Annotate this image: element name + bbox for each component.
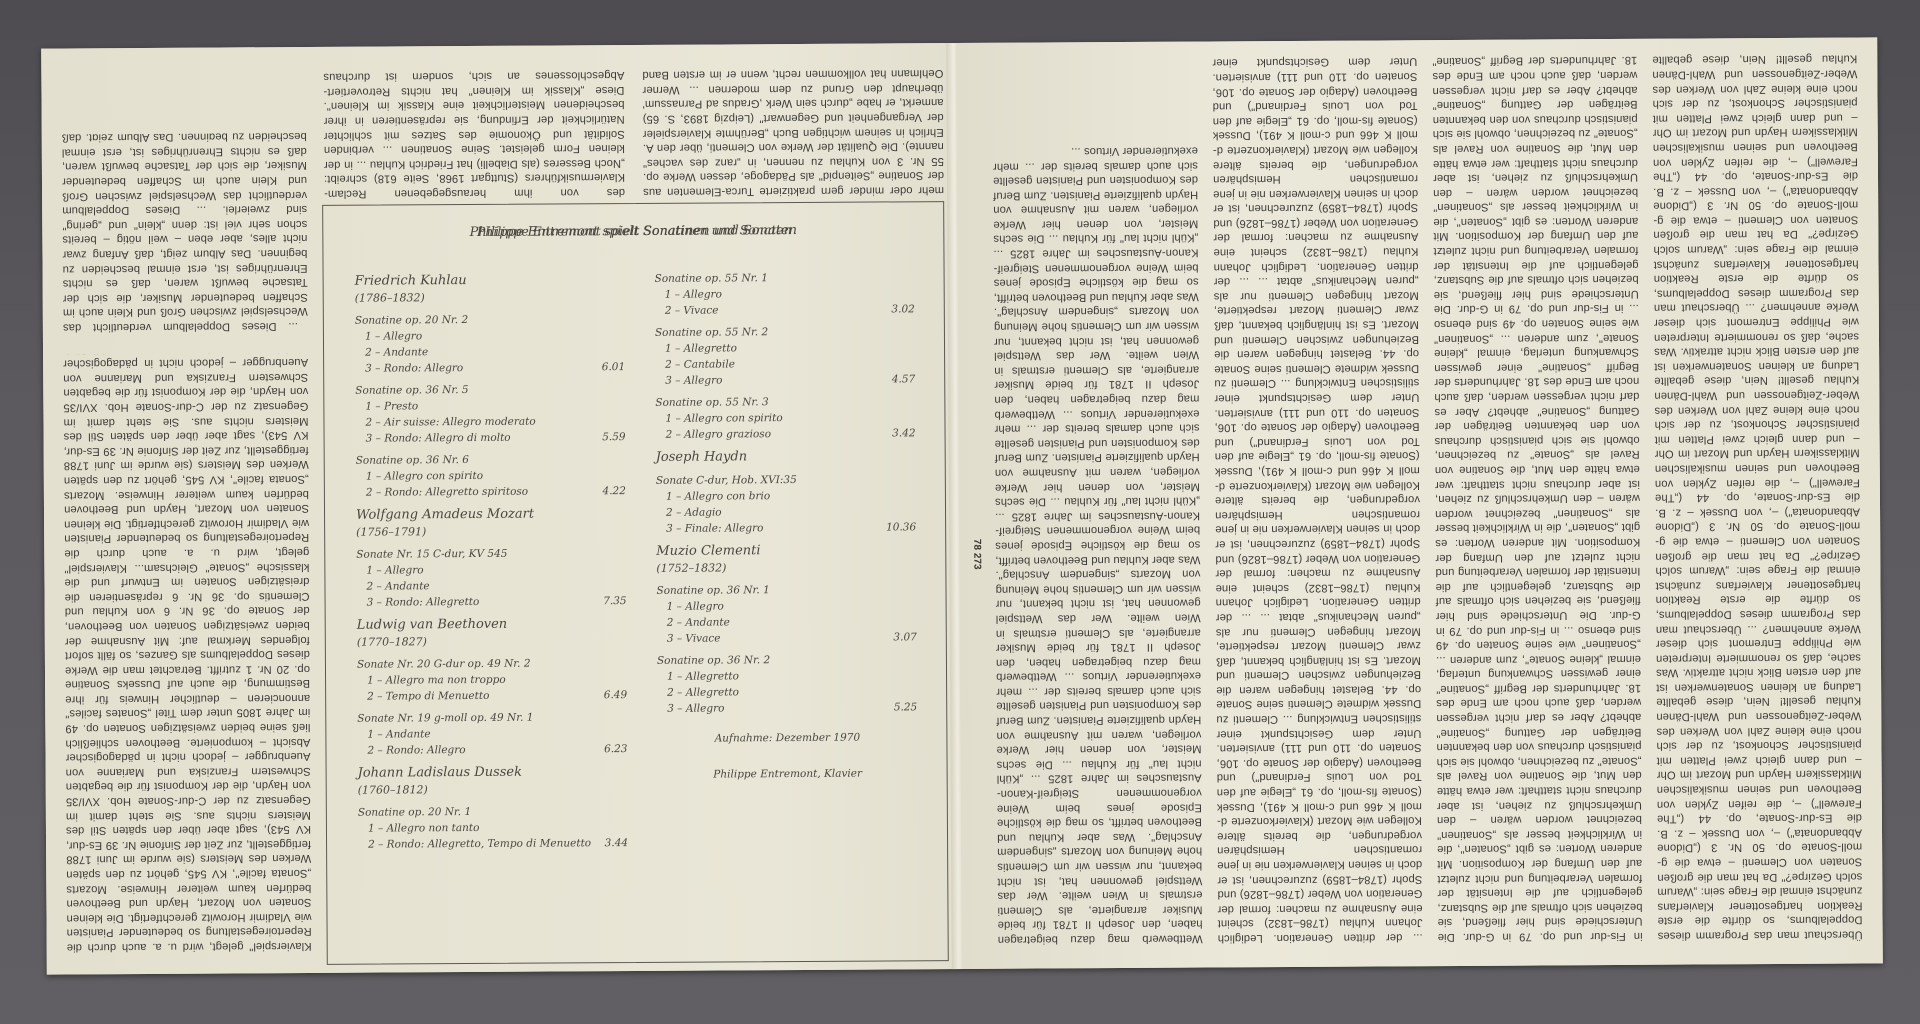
text-column-4: Wettbewerb mag dazu beigetragen haben, d…: [992, 56, 1202, 947]
duration: 5.25: [894, 699, 917, 715]
duration: 4.22: [602, 483, 625, 499]
movement: 1 – Allegro: [657, 597, 917, 615]
tracklist-content: Philippe Entremont spielt Sonatinen und …: [324, 203, 949, 965]
movement: 1 – Allegro con spirito: [655, 409, 915, 427]
recording-note: Aufnahme: Dezember 1970: [657, 729, 917, 747]
text-column-2: in Fis-dur und op. 79 in G-dur. Die Unte…: [1432, 53, 1642, 944]
duration: 3.42: [892, 425, 915, 441]
catalog-number: 78 273: [971, 539, 982, 570]
movement: 2 – Adagio: [656, 503, 916, 521]
duration: 10.36: [886, 519, 916, 535]
movement: 2 – Andante: [355, 343, 625, 361]
composer-name: Muzio Clementi: [656, 541, 916, 561]
work-title: Sonatine op. 36 Nr. 6: [356, 451, 626, 469]
movement: 3 – Finale: Allegro10.36: [656, 519, 916, 537]
work-title: Sonate Nr. 15 C-dur, KV 545: [356, 545, 626, 563]
work-title: Sonate Nr. 20 G-dur op. 49 Nr. 2: [357, 655, 627, 673]
work-title: Sonatine op. 55 Nr. 2: [655, 323, 915, 341]
duration: 3.44: [605, 835, 628, 851]
movement: 1 – Allegro ma non troppo: [357, 671, 627, 689]
movement: 1 – Allegretto: [655, 339, 915, 357]
movement: 1 – Allegretto: [657, 667, 917, 685]
movement: 2 – Allegretto: [657, 683, 917, 701]
work-title: Sonatine op. 36 Nr. 5: [355, 381, 625, 399]
composer-name: Friedrich Kuhlau: [355, 271, 625, 291]
composer-dates: (1752–1832): [656, 559, 916, 577]
movement: 2 – Rondo: Allegretto, Tempo di Menuetto…: [358, 835, 628, 853]
left-page-content-upside-down: Philippe Entremont spielt Sonatinen und …: [41, 43, 957, 975]
duration: 3.02: [891, 301, 914, 317]
pianist-credit: Philippe Entremont, Klavier: [658, 765, 918, 783]
text-column-narrow-end: ... Dieses Doppelalbum verdeutlicht das …: [62, 133, 308, 334]
paragraph: Wettbewerb mag dazu beigetragen haben, d…: [993, 143, 1203, 947]
movement: 3 – Allegro5.25: [657, 699, 917, 717]
movement: 2 – Andante: [657, 613, 917, 631]
movement: 2 – Vivace3.02: [655, 301, 915, 319]
movement: 3 – Vivace3.07: [657, 629, 917, 647]
duration: 6.01: [602, 359, 625, 375]
work-title: Sonatine op. 36 Nr. 2: [657, 651, 917, 669]
tracklist-column-2: Sonatine op. 55 Nr. 1 1 – Allegro 2 – Vi…: [655, 263, 918, 783]
movement: 2 – Rondo: Allegretto spiritoso4.22: [356, 483, 626, 501]
record-gatefold: Philippe Entremont spielt Sonatinen und …: [41, 37, 1883, 974]
paragraph: in Fis-dur und op. 79 in G-dur. Die Unte…: [1432, 53, 1642, 944]
movement: 3 – Rondo: Allegro6.01: [355, 359, 625, 377]
movement: 1 – Allegro con spirito: [356, 467, 626, 485]
text-column-narrow: Klavierspiel" gelegt, wird u. a. auch du…: [63, 353, 312, 954]
paragraph: ... der dritten Generation. Lediglich Jo…: [1212, 54, 1422, 945]
duration: 6.23: [604, 741, 627, 757]
movement: 2 – Tempo di Menuetto6.49: [357, 687, 627, 705]
paragraph: mehr oder minder gern praktizierte Turca…: [323, 57, 944, 201]
duration: 4.57: [892, 371, 915, 387]
duration: 7.35: [603, 593, 626, 609]
work-title: Sonatine op. 55 Nr. 3: [655, 393, 915, 411]
work-title: Sonatine op. 20 Nr. 2: [355, 311, 625, 329]
work-title: Sonatine op. 55 Nr. 1: [655, 269, 915, 287]
composer-dates: (1770–1827): [357, 633, 627, 651]
movement: 1 – Allegro con brio: [656, 487, 916, 505]
movement: 2 – Air suisse: Allegro moderato: [355, 413, 625, 431]
movement: 2 – Andante: [356, 577, 626, 595]
work-title: Sonatine op. 20 Nr. 1: [358, 803, 628, 821]
composer-name: Joseph Haydn: [656, 447, 916, 467]
text-column-wide: mehr oder minder gern praktizierte Turca…: [323, 57, 944, 201]
movement: 1 – Allegro: [356, 561, 626, 579]
composer-dates: (1760–1812): [358, 781, 628, 799]
duration: 5.59: [602, 429, 625, 445]
duration: 6.49: [604, 687, 627, 703]
paragraph: Überschaut man das Programm dieses Doppe…: [1652, 52, 1862, 943]
work-title: Sonate Nr. 19 g-moll op. 49 Nr. 1: [357, 709, 627, 727]
movement: 2 – Cantabile: [655, 355, 915, 373]
movement: 2 – Rondo: Allegro6.23: [357, 741, 627, 759]
left-page: Philippe Entremont spielt Sonatinen und …: [41, 43, 957, 975]
right-page-content-upside-down: Überschaut man das Programm dieses Doppe…: [956, 37, 1883, 969]
movement: 3 – Allegro4.57: [655, 371, 915, 389]
movement: 3 – Rondo: Allegro di molto5.59: [356, 429, 626, 447]
paragraph: Klavierspiel" gelegt, wird u. a. auch du…: [63, 353, 312, 954]
composer-dates: (1786–1832): [355, 289, 625, 307]
paragraph: ... Dieses Doppelalbum verdeutlicht das …: [62, 133, 308, 334]
text-column-1: Überschaut man das Programm dieses Doppe…: [1652, 52, 1862, 943]
duration: 3.07: [893, 629, 916, 645]
tracklist-column-1: Friedrich Kuhlau (1786–1832) Sonatine op…: [355, 265, 629, 853]
movement: 1 – Allegro: [355, 327, 625, 345]
work-title: Sonate C-dur, Hob. XVI:35: [656, 471, 916, 489]
composer-name: Johann Ladislaus Dussek: [358, 763, 628, 783]
composer-name: Ludwig van Beethoven: [357, 615, 627, 635]
movement: 3 – Rondo: Allegretto7.35: [357, 593, 627, 611]
text-column-3: ... der dritten Generation. Lediglich Jo…: [1212, 54, 1422, 945]
movement: 1 – Presto: [355, 397, 625, 415]
right-page: Überschaut man das Programm dieses Doppe…: [956, 37, 1883, 969]
composer-name: Wolfgang Amadeus Mozart: [356, 505, 626, 525]
movement: 1 – Allegro: [655, 285, 915, 303]
movement: 1 – Allegro non tanto: [358, 819, 628, 837]
composer-dates: (1756–1791): [356, 523, 626, 541]
work-title: Sonatine op. 36 Nr. 1: [656, 581, 916, 599]
album-title-text: Philippe Entremont spielt Sonatinen und …: [324, 221, 944, 240]
movement: 2 – Allegro grazioso3.42: [656, 425, 916, 443]
movement: 1 – Andante: [357, 725, 627, 743]
